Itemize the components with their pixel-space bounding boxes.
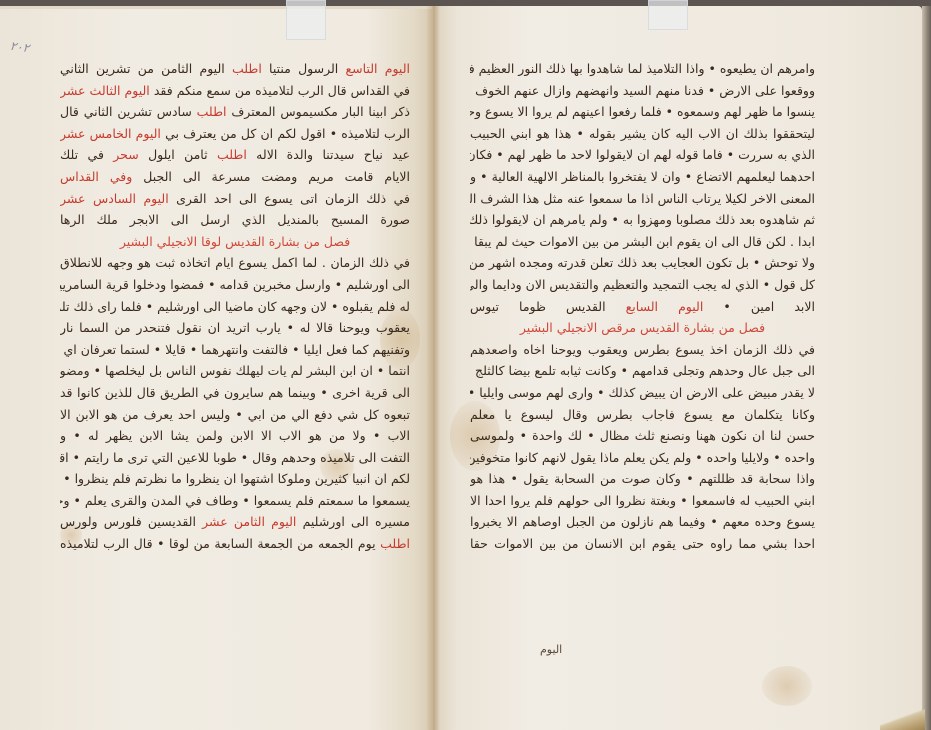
text-line: ثم شاهدوه بعد ذلك مصلوبا ومهزوا به • ولم… [470,209,815,231]
gospel-heading: فصل من بشارة القديس مرقص الانجيلي البشير [520,320,765,335]
body-text: ذكر ابينا البار مكسيموس المعترف [227,104,411,119]
text-line: له فلم يقبلوه • لان وجهه كان ماضيا الى ا… [60,296,410,318]
text-line: ولا توحش • بل تكون العجايب بعد ذلك تعلن … [470,252,815,274]
body-text: وامرهم ان يطيعوه • واذا التلاميذ لما شاه… [470,61,815,76]
catchword: اليوم [540,643,562,656]
text-line: يسمعوا ما سمعتم فلم يسمعوا • وطاف في الم… [60,490,410,512]
body-text: احدا بشي مما راوه حتى يقوم ابن الانسان م… [470,536,815,551]
rubric: اليوم الخامس عشر [60,126,161,141]
corner-fold [880,706,925,730]
text-line: عيد نياح سيدتنا والدة الاله اطلب ثامن اي… [60,144,410,166]
body-text: صورة المسيح بالمنديل الذي ارسل الى الابج… [60,212,410,227]
rubric: اطلب [197,104,227,119]
gospel-heading: فصل من بشارة القديس لوقا الانجيلي البشير [120,234,350,249]
body-text: ليتحققوا بذلك ان الاب اليه كان يشير بقول… [470,126,815,141]
text-line: يعقوب ويوحنا قالا له • يارب اتريد ان نقو… [60,317,410,339]
body-text: عيد نياح سيدتنا والدة الاله [247,147,410,162]
text-line: الابد امين • اليوم السابع القديس ظوما تي… [470,296,815,318]
body-text: يسوع وحده معهم • وفيما هم نازلون من الجب… [470,514,815,529]
text-line: لكم ان انبيا كثيرين وملوكا اشتهوا ان ينظ… [60,468,410,490]
text-line: واذا سحابة قد ظللتهم • وكان صوت من السحا… [470,468,815,490]
text-line: المعنى الاخر لكيلا يرتاب الناس اذا ما سم… [470,188,815,210]
body-text: يسمعوا ما سمعتم فلم يسمعوا • وطاف في الم… [60,493,410,508]
stain-spot [762,666,812,706]
text-line: الى جبل عال وحدهم وتجلى قدامهم • وكانت ث… [470,360,815,382]
body-text: كل قول • الذي له يجب التمجيد والتعظيم وا… [470,277,815,292]
text-line: احدهما ليعلمهم الاتضاع • وان لا يفتخروا … [470,166,815,188]
rubric: اليوم السادس عشر [60,191,169,206]
body-text: وكانا يتكلمان مع يسوع فاجاب بطرس وقال لي… [470,407,815,422]
text-line: وامرهم ان يطيعوه • واذا التلاميذ لما شاه… [470,58,815,80]
text-line: واحده • ولايليا واحده • ولم يكن يعلم ماذ… [470,447,815,469]
text-line: ينسوا ما ظهر لهم وسمعوه • فلما رفعوا اعي… [470,101,815,123]
body-text: الرب لتلاميذه • اقول لكم ان كل من يعترف … [161,126,410,141]
folio-number: ٢٠٢ [9,39,30,56]
body-text: واذا سحابة قد ظللتهم • وكان صوت من السحا… [470,471,815,486]
body-text: واحده • ولايليا واحده • ولم يكن يعلم ماذ… [470,450,815,465]
rubric: اطلب [232,61,262,76]
body-text: الرسول منتيا [262,61,346,76]
text-line: الى قرية اخرى • وبينما هم سايرون في الطر… [60,382,410,404]
text-line: اليوم التاسع الرسول منتيا اطلب اليوم الث… [60,58,410,80]
rubric: اليوم الثامن عشر [202,514,296,529]
book-gutter [426,6,440,730]
text-line: ووقعوا على الارض • فدنا منهم السيد وانهض… [470,80,815,102]
rubric: اليوم السابع [626,299,704,314]
right-page-text: وامرهم ان يطيعوه • واذا التلاميذ لما شاه… [470,58,815,555]
body-text: في ذلك الزمان اخذ يسوع بطرس ويعقوب ويوحن… [470,342,815,357]
text-line: الى اورشليم • وارسل مخبرين قدامه • فمضوا… [60,274,410,296]
page-edge [922,6,931,730]
text-line: صورة المسيح بالمنديل الذي ارسل الى الابج… [60,209,410,231]
rubric: اليوم الثالث عشر [60,83,150,98]
text-line: ليتحققوا بذلك ان الاب اليه كان يشير بقول… [470,123,815,145]
body-text: الى جبل عال وحدهم وتجلى قدامهم • وكانت ث… [470,363,815,378]
text-line: في القداس قال الرب لتلاميذه من سمع منكم … [60,80,410,102]
tape-strip [286,0,326,40]
text-line: وكانا يتكلمان مع يسوع فاجاب بطرس وقال لي… [470,404,815,426]
body-text: القديس ظوما تيوس [470,299,626,314]
tape-strip [648,0,688,30]
rubric: سحر [113,147,138,162]
body-text: احدهما ليعلمهم الاتضاع • وان لا يفتخروا … [470,169,815,184]
left-page-text: اليوم التاسع الرسول منتيا اطلب اليوم الث… [60,58,410,555]
text-line: في ذلك الزمان . لما اكمل يسوع ايام اتخاذ… [60,252,410,274]
body-text: ولا توحش • بل تكون العجايب بعد ذلك تعلن … [470,255,815,270]
body-text: ووقعوا على الارض • فدنا منهم السيد وانهض… [470,83,815,98]
text-line: فصل من بشارة القديس لوقا الانجيلي البشير [60,231,410,253]
text-line: حسن لنا ان نكون ههنا ونصنع ثلث مظال • لك… [470,425,815,447]
body-text: الاب • ولا من هو الاب الا الابن ولمن يشا… [60,428,410,443]
body-text: التفت الى تلاميذه وحدهم وقال • طوبا للاع… [60,450,410,465]
body-text: انتما • ان ابن البشر لم يات ليهلك نفوس ا… [60,363,410,378]
body-text: القديسين فلورس ولورس [60,514,202,529]
text-line: الايام قامت مريم ومضت مسرعة الى الجبل وف… [60,166,410,188]
rubric: اليوم التاسع [346,61,410,76]
body-text: وتفنيهم كما فعل ايليا • فالتفت وانتهرهما… [60,342,410,357]
body-text: ثم شاهدوه بعد ذلك مصلوبا ومهزوا به • ولم… [470,212,815,227]
text-line: الاب • ولا من هو الاب الا الابن ولمن يشا… [60,425,410,447]
body-text: يعقوب ويوحنا قالا له • يارب اتريد ان نقو… [60,320,410,335]
body-text: الابد امين • [703,299,815,314]
text-line: يسوع وحده معهم • وفيما هم نازلون من الجب… [470,511,815,533]
body-text: في ذلك الزمان . لما اكمل يسوع ايام اتخاذ… [60,255,410,270]
text-line: فصل من بشارة القديس مرقص الانجيلي البشير [470,317,815,339]
rubric: وفي القداس [60,169,132,184]
text-line: لا يقدر مبيض على الارض ان يبيض كذلك • وا… [470,382,815,404]
body-text: ابني الحبيب له فاسمعوا • وبغتة نظروا الى… [470,493,815,508]
body-text: اليوم الثامن من تشرين الثاني [60,61,232,76]
body-text: في تلك [60,147,113,162]
text-line: كل قول • الذي له يجب التمجيد والتعظيم وا… [470,274,815,296]
body-text: له فلم يقبلوه • لان وجهه كان ماضيا الى ا… [60,299,410,314]
text-line: ابدا . لكن قال الى ان يقوم ابن البشر من … [470,231,815,253]
body-text: لكم ان انبيا كثيرين وملوكا اشتهوا ان ينظ… [60,471,410,486]
body-text: تبعوه كل شي دفع الي من ابي • وليس احد يع… [60,407,410,422]
text-line: مسيره الى اورشليم اليوم الثامن عشر القدي… [60,511,410,533]
body-text: الى قرية اخرى • وبينما هم سايرون في الطر… [60,385,410,400]
body-text: المعنى الاخر لكيلا يرتاب الناس اذا ما سم… [470,191,815,206]
rubric: اطلب [217,147,247,162]
body-text: الى اورشليم • وارسل مخبرين قدامه • فمضوا… [60,277,410,292]
text-line: التفت الى تلاميذه وحدهم وقال • طوبا للاع… [60,447,410,469]
body-text: الايام قامت مريم ومضت مسرعة الى الجبل [132,169,410,184]
text-line: الذي به سررت • فاما قوله لهم ان لايقولوا… [470,144,815,166]
text-line: ابني الحبيب له فاسمعوا • وبغتة نظروا الى… [470,490,815,512]
body-text: في ذلك الزمان اتى يسوع الى احد القرى [169,191,410,206]
body-text: ثامن ايلول [139,147,217,162]
body-text: ينسوا ما ظهر لهم وسمعوه • فلما رفعوا اعي… [470,104,815,119]
text-line: ذكر ابينا البار مكسيموس المعترف اطلب ساد… [60,101,410,123]
text-line: انتما • ان ابن البشر لم يات ليهلك نفوس ا… [60,360,410,382]
text-line: في ذلك الزمان اتى يسوع الى احد القرى الي… [60,188,410,210]
body-text: لا يقدر مبيض على الارض ان يبيض كذلك • وا… [470,385,815,400]
text-line: اطلب يوم الجمعه من الجمعة السابعة من لوق… [60,533,410,555]
body-text: في القداس قال الرب لتلاميذه من سمع منكم … [150,83,410,98]
text-line: وتفنيهم كما فعل ايليا • فالتفت وانتهرهما… [60,339,410,361]
text-line: احدا بشي مما راوه حتى يقوم ابن الانسان م… [470,533,815,555]
body-text: ابدا . لكن قال الى ان يقوم ابن البشر من … [470,234,815,249]
body-text: الذي به سررت • فاما قوله لهم ان لايقولوا… [470,147,815,162]
rubric: اطلب [380,536,410,551]
text-line: تبعوه كل شي دفع الي من ابي • وليس احد يع… [60,404,410,426]
body-text: سادس تشرين الثاني قال [60,104,197,119]
text-line: في ذلك الزمان اخذ يسوع بطرس ويعقوب ويوحن… [470,339,815,361]
body-text: حسن لنا ان نكون ههنا ونصنع ثلث مظال • لك… [470,428,815,443]
text-line: الرب لتلاميذه • اقول لكم ان كل من يعترف … [60,123,410,145]
body-text: يوم الجمعه من الجمعة السابعة من لوقا • ق… [60,536,380,551]
body-text: مسيره الى اورشليم [296,514,410,529]
